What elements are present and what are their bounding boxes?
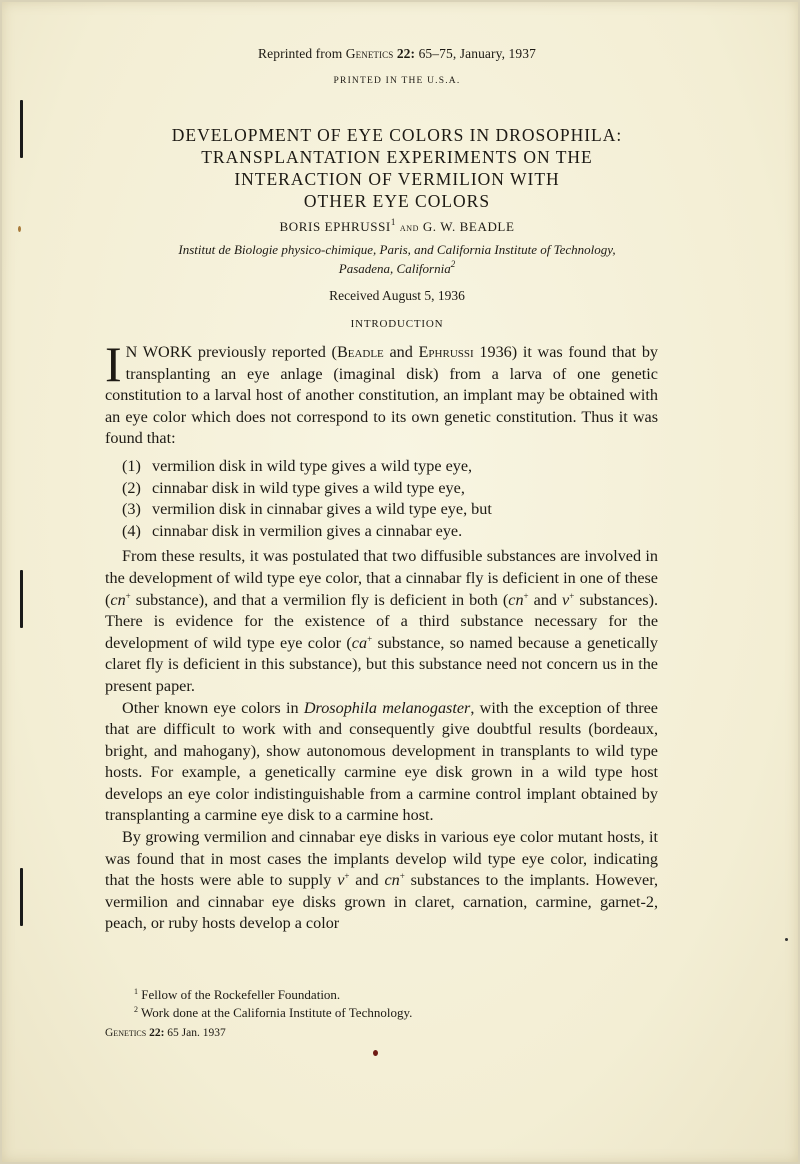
volume: 22: — [146, 1027, 164, 1039]
footnotes: 1 Fellow of the Rockefeller Foundation. … — [134, 986, 654, 1022]
title-line: DEVELOPMENT OF EYE COLORS IN DROSOPHILA: — [2, 124, 792, 146]
paragraph: Other known eye colors in Drosophila mel… — [105, 698, 658, 828]
stain-dot — [785, 938, 788, 941]
printed-in: PRINTED IN THE U.S.A. — [2, 76, 792, 86]
paragraph: By growing vermilion and cinnabar eye di… — [105, 827, 658, 935]
affiliation: Institut de Biologie physico-chimique, P… — [2, 240, 792, 278]
list-text: vermilion disk in cinnabar gives a wild … — [152, 500, 492, 518]
reprint-prefix: Reprinted from — [258, 46, 346, 61]
page-footer-ref: Genetics 22: 65 Jan. 1937 — [105, 1027, 226, 1039]
margin-mark — [20, 570, 23, 628]
scanned-page: Reprinted from Genetics 22: 65–75, Janua… — [2, 2, 798, 1162]
species-name: Drosophila melanogaster — [304, 699, 471, 717]
citation-author: Beadle — [337, 343, 384, 361]
body-text: IN WORK previously reported (Beadle and … — [105, 342, 658, 935]
footnote: 2 Work done at the California Institute … — [134, 1004, 654, 1022]
author-name: G. W. BEADLE — [423, 219, 515, 234]
lead-in: N WORK — [126, 343, 193, 361]
text: , with the exception of three that are d… — [105, 699, 658, 825]
gene-symbol: ca — [352, 634, 367, 652]
paper-title: DEVELOPMENT OF EYE COLORS IN DROSOPHILA:… — [2, 124, 792, 212]
text: and — [349, 871, 384, 889]
list-item: (4)cinnabar disk in vermilion gives a ci… — [105, 521, 658, 543]
citation-author: Ephrussi — [419, 343, 474, 361]
gene-symbol: cn — [508, 591, 523, 609]
footnote: 1 Fellow of the Rockefeller Foundation. — [134, 986, 654, 1004]
title-line: INTERACTION OF VERMILION WITH — [2, 168, 792, 190]
reprint-line: Reprinted from Genetics 22: 65–75, Janua… — [2, 46, 792, 62]
footnote-ref: 2 — [451, 259, 456, 269]
affiliation-line: Institut de Biologie physico-chimique, P… — [2, 240, 792, 259]
gene-symbol: cn — [384, 871, 399, 889]
author-line: BORIS EPHRUSSI1 and G. W. BEADLE — [2, 219, 792, 235]
footnote-ref: 1 — [391, 217, 396, 227]
list-number: (4) — [122, 521, 152, 543]
text: Other known eye colors in — [122, 699, 304, 717]
drop-cap: I — [105, 344, 122, 384]
list-text: cinnabar disk in wild type gives a wild … — [152, 479, 465, 497]
title-line: OTHER EYE COLORS — [2, 190, 792, 212]
footnote-text: Fellow of the Rockefeller Foundation. — [138, 987, 340, 1002]
journal-name: Genetics — [346, 46, 394, 61]
findings-list: (1)vermilion disk in wild type gives a w… — [105, 456, 658, 542]
margin-mark — [20, 868, 23, 926]
stain-dot — [373, 1050, 378, 1056]
list-text: cinnabar disk in vermilion gives a cinna… — [152, 522, 462, 540]
author-name: BORIS EPHRUSSI — [279, 219, 390, 234]
section-heading: INTRODUCTION — [2, 318, 792, 330]
text: and — [529, 591, 562, 609]
title-line: TRANSPLANTATION EXPERIMENTS ON THE — [2, 146, 792, 168]
page-date: 65 Jan. 1937 — [164, 1027, 225, 1039]
footnote-text: Work done at the California Institute of… — [138, 1005, 412, 1020]
paragraph: IN WORK previously reported (Beadle and … — [105, 342, 658, 450]
journal-name: Genetics — [105, 1027, 146, 1039]
gene-symbol: cn — [110, 591, 125, 609]
citation-year: 1936 — [474, 343, 512, 361]
author-conjunction: and — [400, 222, 419, 234]
list-text: vermilion disk in wild type gives a wild… — [152, 457, 472, 475]
pages-date: 65–75, January, 1937 — [415, 46, 536, 61]
volume: 22: — [397, 46, 415, 61]
text: and — [384, 343, 419, 361]
paragraph: From these results, it was postulated th… — [105, 546, 658, 697]
list-item: (3)vermilion disk in cinnabar gives a wi… — [105, 499, 658, 521]
text: previously reported ( — [192, 343, 337, 361]
list-number: (2) — [122, 478, 152, 500]
list-item: (1)vermilion disk in wild type gives a w… — [105, 456, 658, 478]
affiliation-line: Pasadena, California — [339, 261, 451, 276]
list-number: (1) — [122, 456, 152, 478]
list-item: (2)cinnabar disk in wild type gives a wi… — [105, 478, 658, 500]
text: substance), and that a vermilion fly is … — [131, 591, 509, 609]
received-date: Received August 5, 1936 — [2, 288, 792, 304]
list-number: (3) — [122, 499, 152, 521]
